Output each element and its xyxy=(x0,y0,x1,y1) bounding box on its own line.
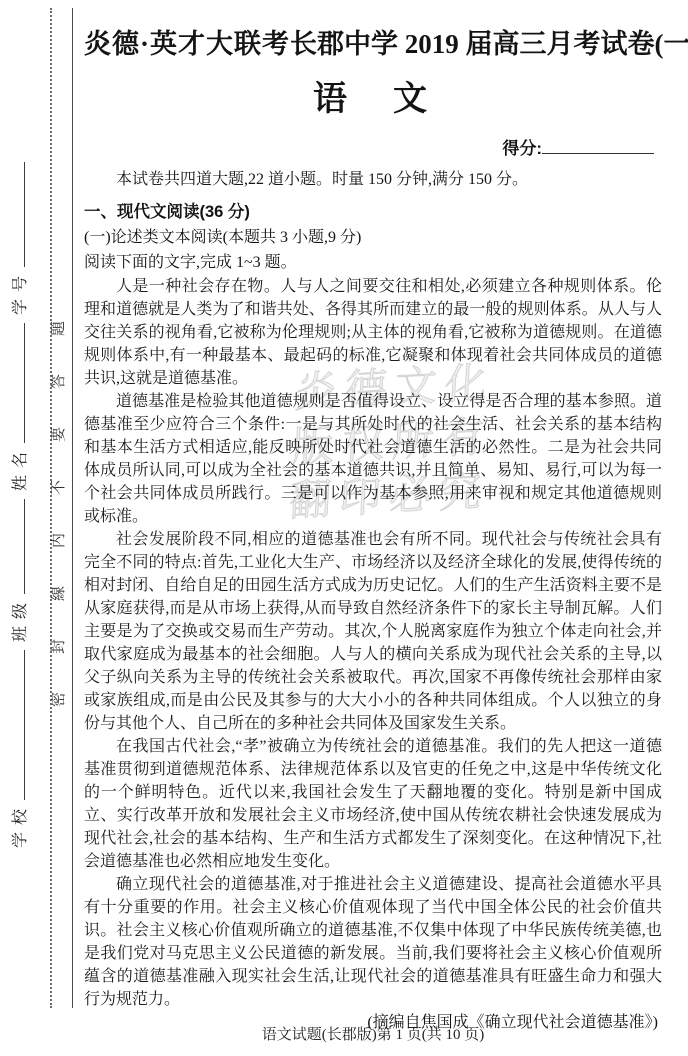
student-number-field-label: 学号 xyxy=(7,269,30,315)
school-field-blank xyxy=(11,650,25,800)
exam-content: 炎德·英才大联考长郡中学 2019 届高三月考试卷(一) 语 文 得分: 本试卷… xyxy=(84,0,662,1034)
exam-intro: 本试卷共四道大题,22 道小题。时量 150 分钟,满分 150 分。 xyxy=(84,168,662,192)
passage-paragraph: 确立现代社会的道德基准,对于推进社会主义道德建设、提高社会道德水平具有十分重要的… xyxy=(84,873,662,1011)
class-field: 班级 xyxy=(7,499,30,642)
reading-instruction: 阅读下面的文字,完成 1~3 题。 xyxy=(84,250,662,275)
passage-paragraph: 人是一种社会存在物。人与人之间要交往和相处,必须建立各种规则体系。伦理和道德就是… xyxy=(84,275,662,390)
class-field-blank xyxy=(11,499,25,594)
seal-line-text: 密封線内不要答題 xyxy=(47,275,67,715)
student-number-field-blank xyxy=(11,162,25,267)
score-blank xyxy=(542,138,654,154)
school-field: 学校 xyxy=(7,650,30,848)
page-footer: 语文试题(长郡版)第 1 页(共 10 页) xyxy=(84,1023,662,1044)
subject-title: 语 文 xyxy=(84,78,662,120)
passage-paragraph: 在我国古代社会,“孝”被确立为传统社会的道德基准。我们的先人把这一道德基准贯彻到… xyxy=(84,735,662,873)
score-label: 得分: xyxy=(502,139,542,158)
section-heading: 一、现代文阅读(36 分) xyxy=(84,200,662,225)
exam-paper-page: 学校 班级 姓名 学号 密封線内不要答題 炎德文化 版权所有 翻印必究 炎德·英… xyxy=(0,0,688,1056)
paper-title-brand: 炎德·英才大联考 xyxy=(84,29,290,59)
page-border-line xyxy=(72,8,73,1008)
passage-paragraph: 社会发展阶段不同,相应的道德基准也会有所不同。现代社会与传统社会具有完全不同的特… xyxy=(84,528,662,735)
name-field: 姓名 xyxy=(7,323,30,491)
score-row: 得分: xyxy=(84,134,662,158)
reading-passage: 人是一种社会存在物。人与人之间要交往和相处,必须建立各种规则体系。伦理和道德就是… xyxy=(84,275,662,1034)
paper-title: 炎德·英才大联考长郡中学 2019 届高三月考试卷(一) xyxy=(84,26,662,62)
name-field-label: 姓名 xyxy=(7,445,30,491)
name-field-blank xyxy=(11,323,25,443)
school-field-label: 学校 xyxy=(7,802,30,848)
section-subheading: (一)论述类文本阅读(本题共 3 小题,9 分) xyxy=(84,225,662,250)
student-number-field: 学号 xyxy=(7,162,30,315)
student-info-fields: 学校 班级 姓名 学号 xyxy=(7,125,37,885)
class-field-label: 班级 xyxy=(7,596,30,642)
passage-paragraph: 道德基准是检验其他道德规则是否值得设立、设立得是否合理的基本参照。道德基准至少应… xyxy=(84,390,662,528)
paper-title-rest: 长郡中学 2019 届高三月考试卷(一) xyxy=(290,29,688,59)
